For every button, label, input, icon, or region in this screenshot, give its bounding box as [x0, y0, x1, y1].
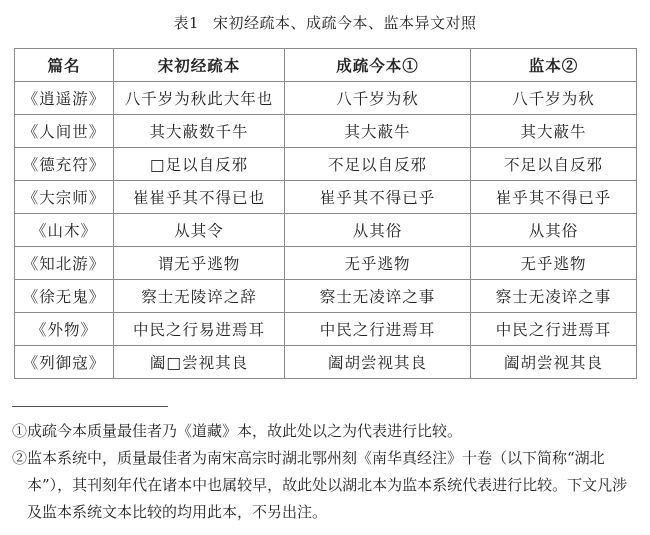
header-imperial-academy-edition: 监本②: [471, 49, 637, 82]
cell-academy: 中民之行进焉耳: [471, 313, 637, 346]
cell-chapter: 《徐无鬼》: [15, 280, 114, 313]
cell-early-song: 阖□尝视其良: [114, 346, 285, 379]
cell-academy: 其大蔽牛: [471, 115, 637, 148]
cell-cheng: 八千岁为秋: [285, 82, 471, 115]
cell-academy: 察士无凌谇之事: [471, 280, 637, 313]
cell-chapter: 《外物》: [15, 313, 114, 346]
cell-chapter: 《逍遥游》: [15, 82, 114, 115]
cell-chapter: 《知北游》: [15, 247, 114, 280]
table-title: 宋初经疏本、成疏今本、监本异文对照: [213, 14, 477, 32]
table-row: 《逍遥游》 八千岁为秋此大年也 八千岁为秋 八千岁为秋: [15, 82, 637, 115]
table-caption: 表1宋初经疏本、成疏今本、监本异文对照: [0, 12, 650, 33]
header-cheng-commentary-edition: 成疏今本①: [285, 49, 471, 82]
table-row: 《外物》 中民之行易进焉耳 中民之行进焉耳 中民之行进焉耳: [15, 313, 637, 346]
cell-academy: 阖胡尝视其良: [471, 346, 637, 379]
table-row: 《知北游》 谓无乎逃物 无乎逃物 无乎逃物: [15, 247, 637, 280]
cell-cheng: 中民之行进焉耳: [285, 313, 471, 346]
cell-cheng: 不足以自反邪: [285, 148, 471, 181]
cell-chapter: 《德充符》: [15, 148, 114, 181]
cell-cheng: 无乎逃物: [285, 247, 471, 280]
cell-academy: 从其俗: [471, 214, 637, 247]
table-row: 《徐无鬼》 察士无陵谇之辞 察士无凌谇之事 察士无凌谇之事: [15, 280, 637, 313]
table-row: 《德充符》 □足以自反邪 不足以自反邪 不足以自反邪: [15, 148, 637, 181]
cell-cheng: 从其俗: [285, 214, 471, 247]
cell-chapter: 《人间世》: [15, 115, 114, 148]
table-row: 《山木》 从其令 从其俗 从其俗: [15, 214, 637, 247]
cell-early-song: 八千岁为秋此大年也: [114, 82, 285, 115]
cell-academy: 不足以自反邪: [471, 148, 637, 181]
footnote-divider: [12, 406, 168, 407]
cell-cheng: 崔乎其不得已乎: [285, 181, 471, 214]
table-header-row: 篇名 宋初经疏本 成疏今本① 监本②: [15, 49, 637, 82]
cell-early-song: □足以自反邪: [114, 148, 285, 181]
table-number: 表1: [173, 14, 199, 32]
header-early-song-edition: 宋初经疏本: [114, 49, 285, 82]
cell-early-song: 谓无乎逃物: [114, 247, 285, 280]
table-row: 《列御寇》 阖□尝视其良 阖胡尝视其良 阖胡尝视其良: [15, 346, 637, 379]
footnotes: ①成疏今本质量最佳者乃《道藏》本，故此处以之为代表进行比较。 ②监本系统中，质量…: [12, 418, 640, 526]
cell-chapter: 《大宗师》: [15, 181, 114, 214]
cell-academy: 崔乎其不得已乎: [471, 181, 637, 214]
cell-academy: 八千岁为秋: [471, 82, 637, 115]
table-row: 《大宗师》 崔崔乎其不得已也 崔乎其不得已乎 崔乎其不得已乎: [15, 181, 637, 214]
cell-cheng: 其大蔽牛: [285, 115, 471, 148]
cell-chapter: 《列御寇》: [15, 346, 114, 379]
cell-chapter: 《山木》: [15, 214, 114, 247]
cell-early-song: 崔崔乎其不得已也: [114, 181, 285, 214]
cell-academy: 无乎逃物: [471, 247, 637, 280]
variant-comparison-table: 篇名 宋初经疏本 成疏今本① 监本② 《逍遥游》 八千岁为秋此大年也 八千岁为秋…: [14, 48, 637, 379]
header-chapter: 篇名: [15, 49, 114, 82]
footnote-1: ①成疏今本质量最佳者乃《道藏》本，故此处以之为代表进行比较。: [12, 418, 640, 445]
cell-early-song: 中民之行易进焉耳: [114, 313, 285, 346]
cell-early-song: 从其令: [114, 214, 285, 247]
table-row: 《人间世》 其大蔽数千牛 其大蔽牛 其大蔽牛: [15, 115, 637, 148]
footnote-2: ②监本系统中，质量最佳者为南宋高宗时湖北鄂州刻《南华真经注》十卷（以下简称“湖北…: [12, 445, 640, 526]
cell-cheng: 阖胡尝视其良: [285, 346, 471, 379]
cell-cheng: 察士无凌谇之事: [285, 280, 471, 313]
cell-early-song: 察士无陵谇之辞: [114, 280, 285, 313]
cell-early-song: 其大蔽数千牛: [114, 115, 285, 148]
